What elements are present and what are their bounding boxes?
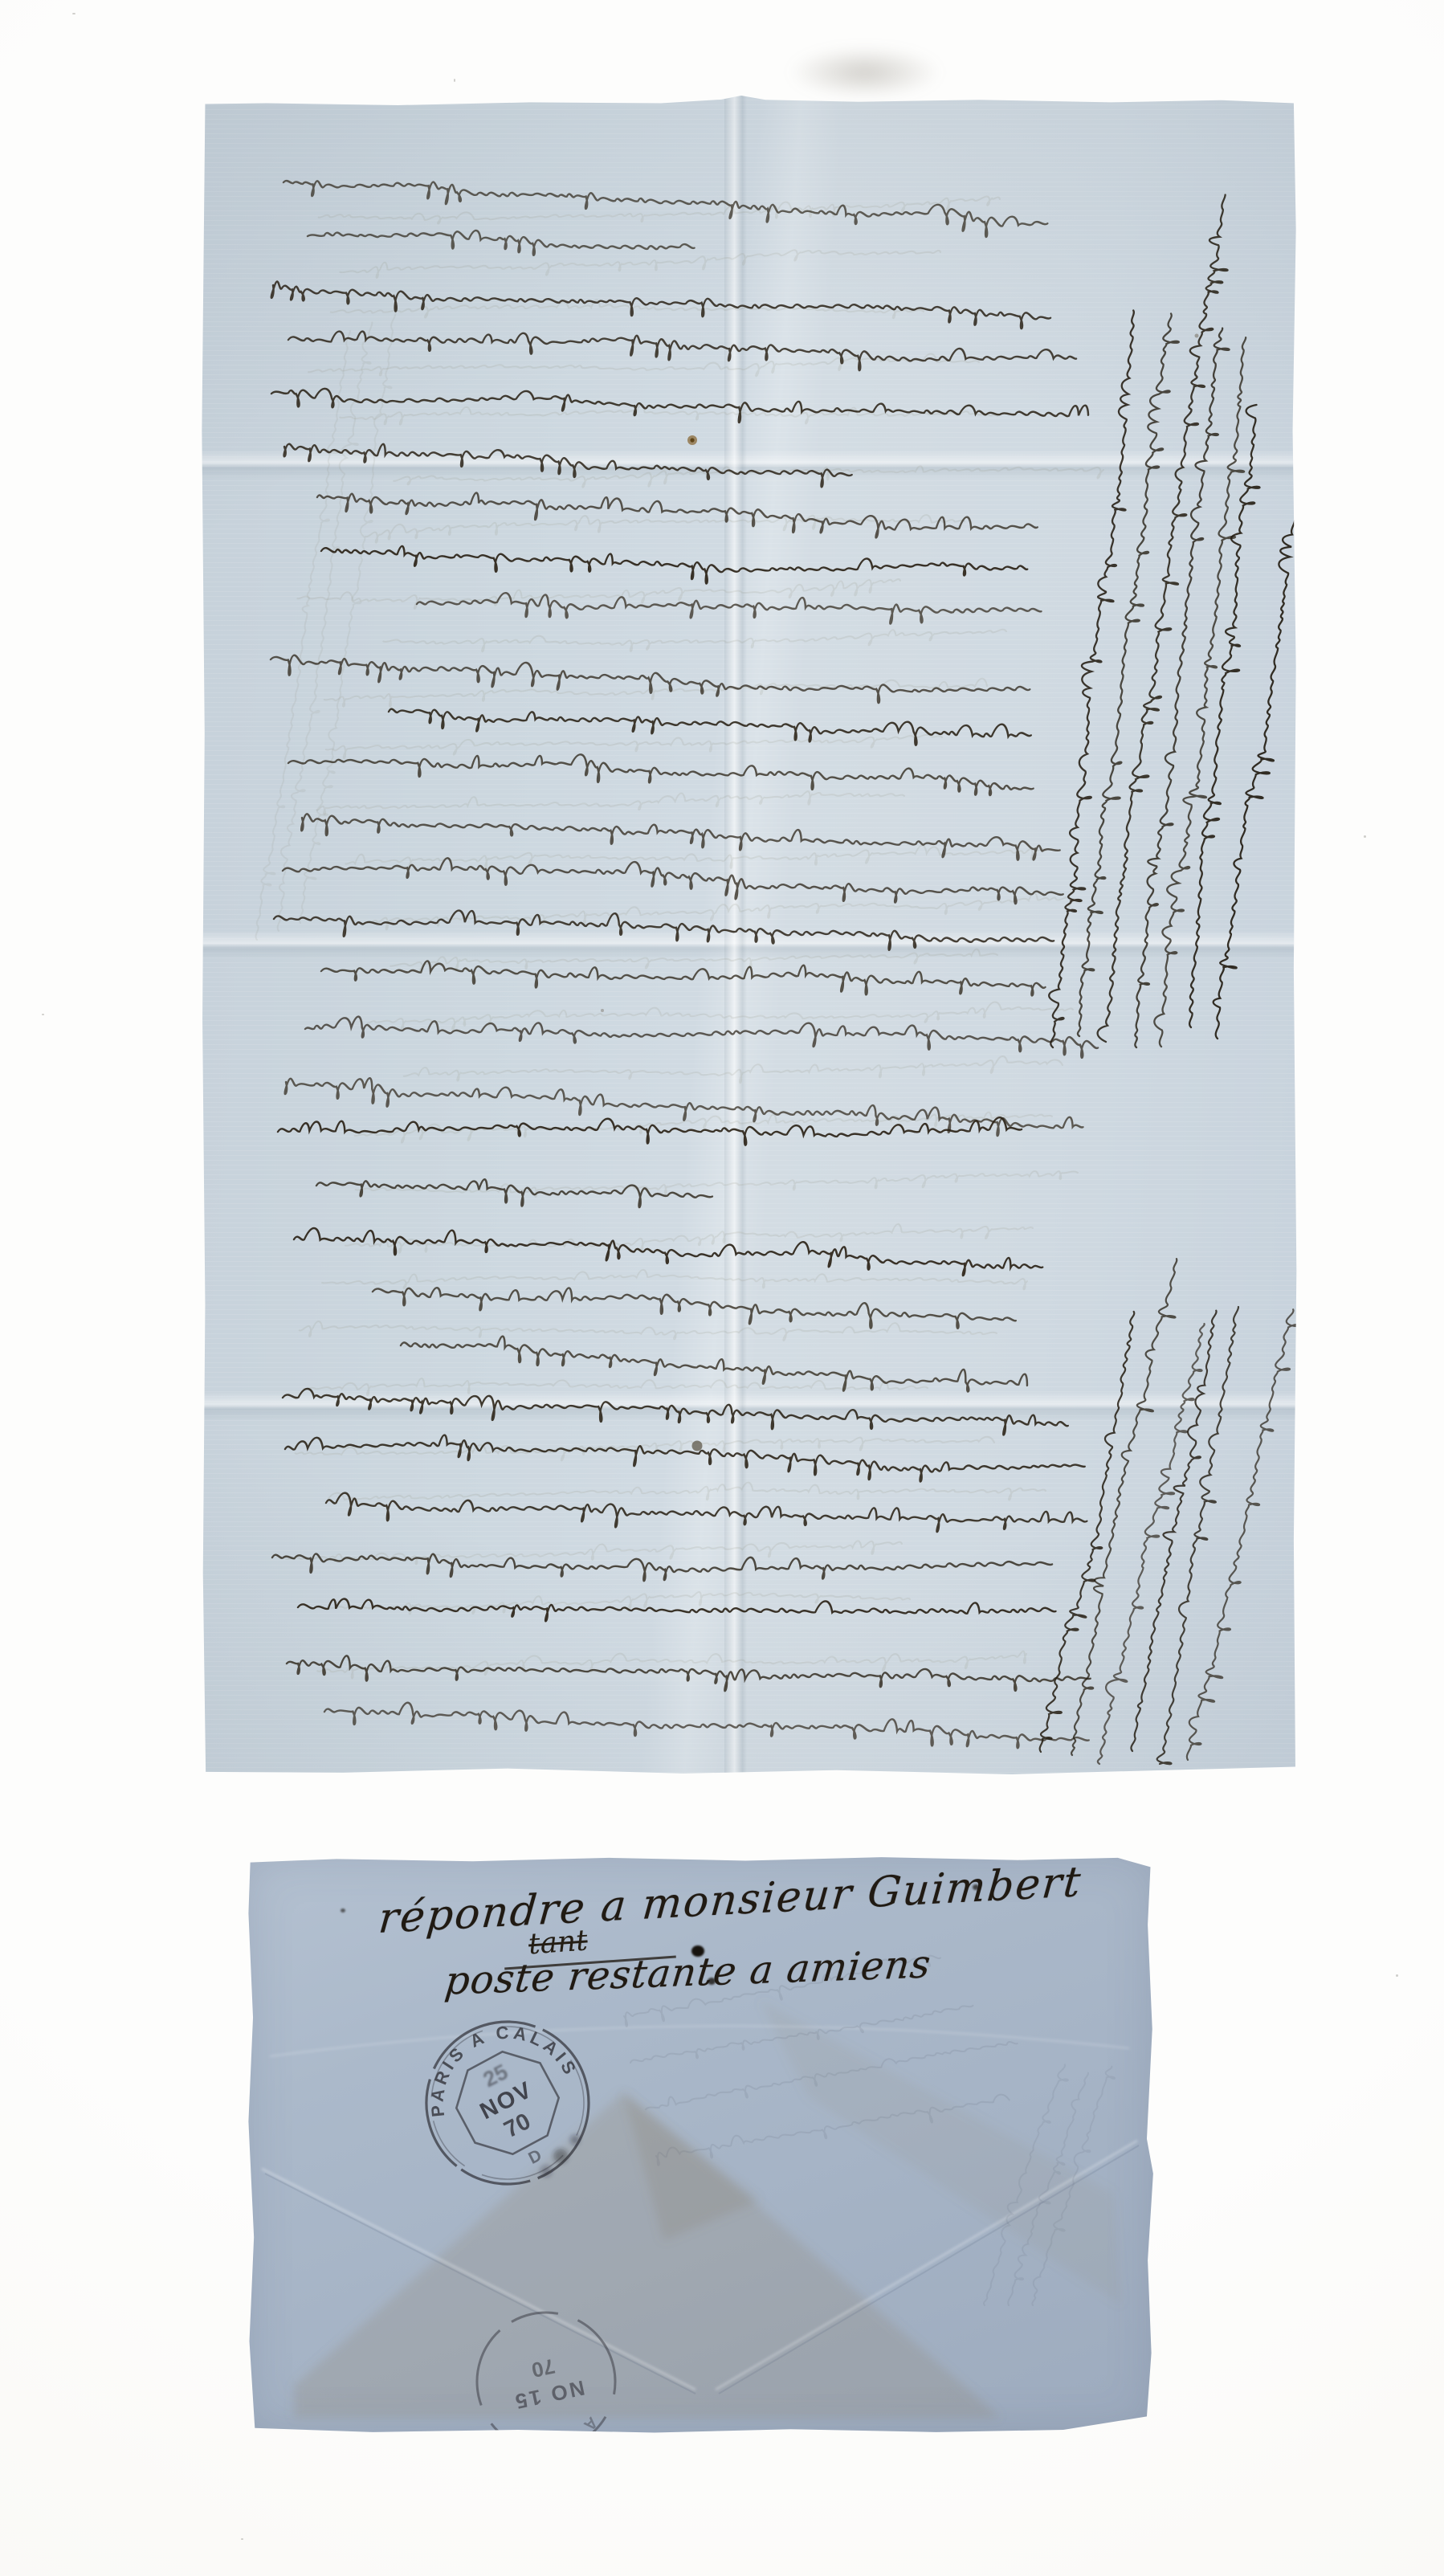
arrival-date-line2: 70: [529, 2354, 557, 2382]
arrival-date-line1: NO 15: [511, 2376, 586, 2415]
dust-speck: [454, 79, 455, 82]
dust-speck: [1364, 835, 1366, 838]
dust-speck: [42, 1014, 44, 1015]
photo-of-letter-and-envelope: répondre a monsieur Guimbert poste resta…: [0, 0, 1444, 2576]
ink-blot: [708, 1978, 716, 1985]
overstruck-word: tant: [528, 1924, 589, 1961]
ink-blot: [691, 1945, 704, 1957]
arrival-arc-fragment: A: [575, 2411, 603, 2439]
dust-speck: [1396, 1974, 1398, 1977]
ink-blot: [341, 1909, 345, 1913]
letter-handwriting: [201, 95, 1297, 1775]
postmark-index-letter: D: [525, 2146, 545, 2168]
dust-speck: [241, 2538, 243, 2540]
envelope: répondre a monsieur Guimbert poste resta…: [246, 1855, 1154, 2434]
ink-blot: [973, 1884, 979, 1890]
postmark-smudge: [540, 2135, 580, 2177]
postmark-paris-calais: PARIS A CALAIS 25 NOV 70 D: [403, 1998, 612, 2207]
letter-ink: [253, 181, 1297, 1769]
letter-sheet: [201, 95, 1297, 1775]
postmark-arrival: A NO 15 70: [466, 2301, 626, 2462]
shadow-smudge: [789, 47, 941, 98]
dust-speck: [72, 13, 75, 14]
svg-text:A: A: [575, 2411, 603, 2439]
